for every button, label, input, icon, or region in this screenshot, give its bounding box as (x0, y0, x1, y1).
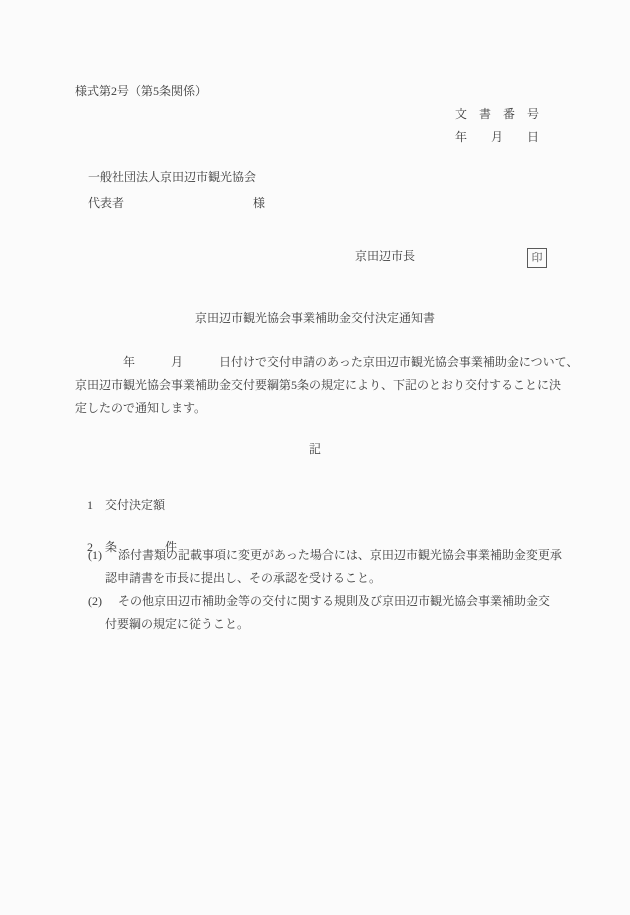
record-mark: 記 (0, 442, 630, 457)
condition-2-line-2: 付要綱の規定に従うこと。 (105, 617, 249, 632)
section-heading: 交付決定額 (105, 498, 165, 512)
form-number: 様式第2号（第5条関係） (75, 84, 207, 99)
section-grant-amount: 1交付決定額 (75, 483, 165, 528)
condition-2-marker: (2) (88, 594, 102, 609)
section-number: 1 (87, 498, 93, 512)
document-number-placeholder: 文 書 番 号 (455, 107, 539, 122)
recipient-honorific: 様 (253, 196, 265, 211)
recipient-organization: 一般社団法人京田辺市観光協会 (88, 170, 256, 185)
seal-box: 印 (527, 248, 547, 268)
notification-document-page: 様式第2号（第5条関係） 文 書 番 号 年 月 日 一般社団法人京田辺市観光協… (0, 0, 630, 915)
condition-1-line-2: 認申請書を市長に提出し、その承認を受けること。 (105, 571, 381, 586)
date-placeholder: 年 月 日 (455, 130, 539, 145)
seal-character: 印 (532, 253, 543, 264)
document-title: 京田辺市観光協会事業補助金交付決定通知書 (0, 311, 630, 326)
body-paragraph-line-2: 京田辺市観光協会事業補助金交付要綱第5条の規定により、下記のとおり交付することに… (75, 378, 561, 393)
condition-1-line-1: 添付書類の記載事項に変更があった場合には、京田辺市観光協会事業補助金変更承 (118, 548, 562, 563)
sender-title: 京田辺市長 (355, 249, 415, 264)
body-paragraph-line-1: 年 月 日付けで交付申請のあった京田辺市観光協会事業補助金について、 (75, 355, 578, 370)
condition-2-line-1: その他京田辺市補助金等の交付に関する規則及び京田辺市観光協会事業補助金交 (118, 594, 550, 609)
recipient-representative-label: 代表者 (88, 196, 124, 211)
body-paragraph-line-3: 定したので通知します。 (75, 401, 206, 416)
condition-1-marker: (1) (88, 548, 102, 563)
